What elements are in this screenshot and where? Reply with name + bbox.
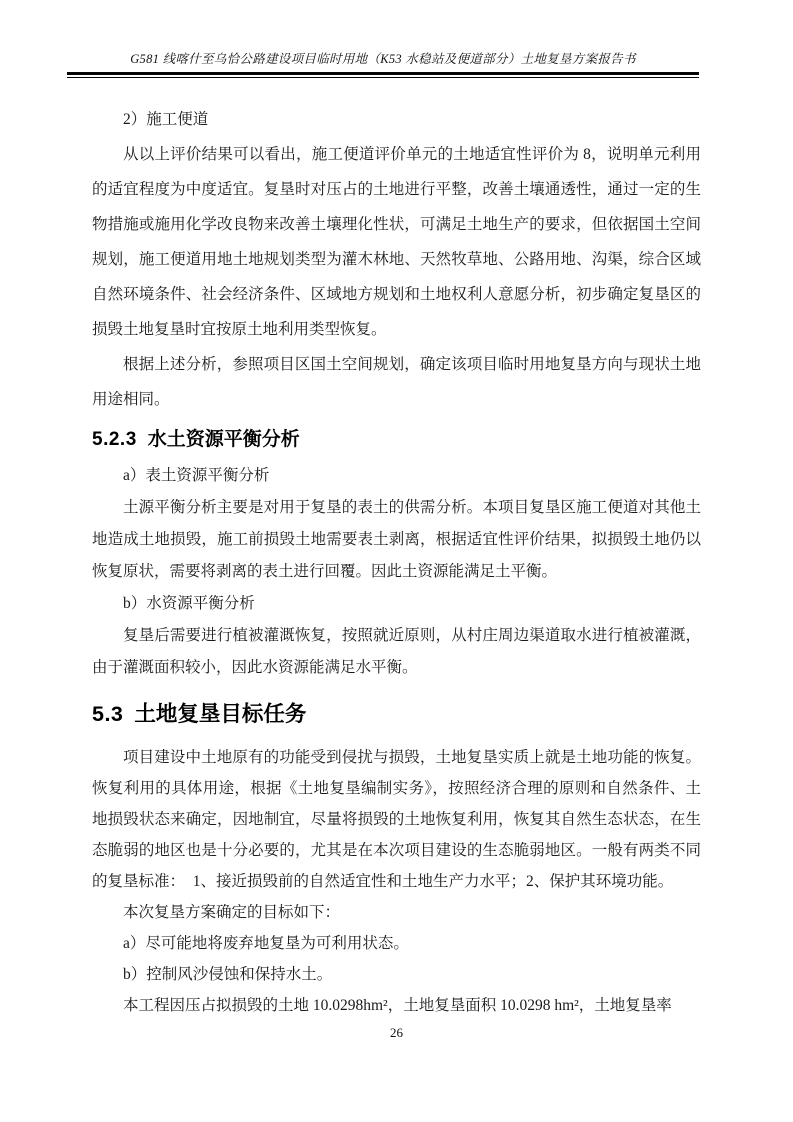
list-item-construction-road: 2）施工便道	[92, 102, 701, 137]
section-heading-5-3: 5.3土地复垦目标任务	[92, 700, 701, 729]
section-number: 5.3	[92, 702, 123, 726]
list-item-water-balance: b）水资源平衡分析	[92, 588, 701, 620]
body-paragraph: 根据上述分析，参照项目区国土空间规划，确定该项目临时用地复垦方向与现状土地用途相…	[92, 347, 701, 417]
page-footer: 26	[0, 1024, 793, 1042]
section-title: 水土资源平衡分析	[148, 429, 300, 450]
body-paragraph: 本工程因压占拟损毁的土地 10.0298hm²，土地复垦面积 10.0298 h…	[92, 990, 701, 1021]
section-heading-5-2-3: 5.2.3水土资源平衡分析	[92, 427, 701, 453]
list-item-topsoil-balance: a）表土资源平衡分析	[92, 460, 701, 492]
document-page: G581 线喀什至乌恰公路建设项目临时用地（K53 水稳站及便道部分）土地复垦方…	[0, 0, 793, 1122]
body-paragraph: 本次复垦方案确定的目标如下：	[92, 897, 701, 928]
header-title: G581 线喀什至乌恰公路建设项目临时用地（K53 水稳站及便道部分）土地复垦方…	[67, 50, 699, 68]
body-paragraph: 土源平衡分析主要是对用于复垦的表土的供需分析。本项目复垦区施工便道对其他土地造成…	[92, 492, 701, 588]
page-number: 26	[390, 1025, 403, 1040]
body-paragraph: 复垦后需要进行植被灌溉恢复，按照就近原则，从村庄周边渠道取水进行植被灌溉，由于灌…	[92, 620, 701, 684]
document-body: 2）施工便道 从以上评价结果可以看出，施工便道评价单元的土地适宜性评价为 8，说…	[92, 102, 701, 1021]
section-title: 土地复垦目标任务	[134, 702, 306, 726]
list-item-goal-b: b）控制风沙侵蚀和保持水土。	[92, 959, 701, 990]
page-header: G581 线喀什至乌恰公路建设项目临时用地（K53 水稳站及便道部分）土地复垦方…	[67, 50, 699, 78]
header-rule	[67, 72, 699, 78]
section-number: 5.2.3	[92, 429, 137, 450]
body-paragraph: 从以上评价结果可以看出，施工便道评价单元的土地适宜性评价为 8，说明单元利用的适…	[92, 137, 701, 347]
body-paragraph: 项目建设中土地原有的功能受到侵扰与损毁，土地复垦实质上就是土地功能的恢复。恢复利…	[92, 742, 701, 897]
list-item-goal-a: a）尽可能地将废弃地复垦为可利用状态。	[92, 928, 701, 959]
